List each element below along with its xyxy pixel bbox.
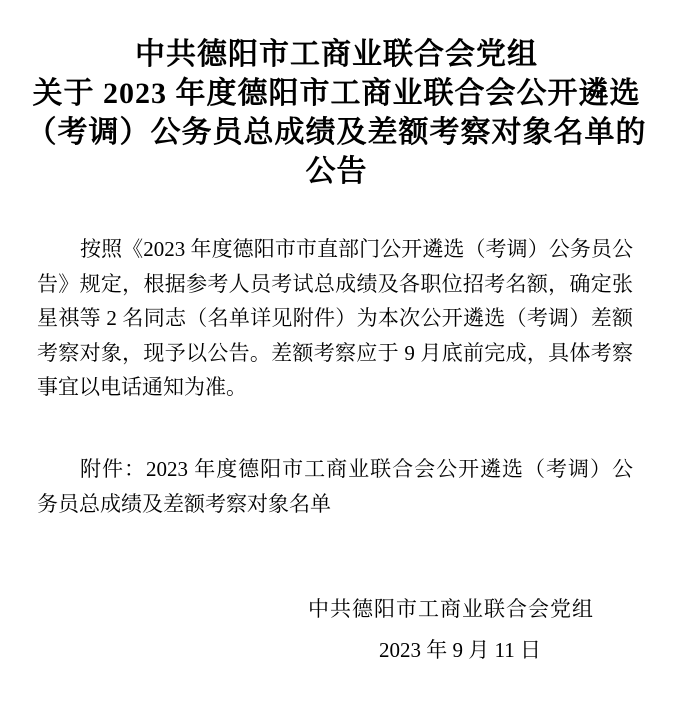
title-line-3: （考调）公务员总成绩及差额考察对象名单的 (0, 113, 673, 152)
document-title: 中共德阳市工商业联合会党组 关于 2023 年度德阳市工商业联合会公开遴选 （考… (0, 35, 673, 191)
signature-organization: 中共德阳市工商业联合会党组 (0, 589, 673, 630)
attachment-line-1: 附件：2023 年度德阳市工商业联合会公开遴选（考调）公 (37, 452, 633, 487)
signature-block: 中共德阳市工商业联合会党组 2023 年 9 月 11 日 (0, 589, 673, 671)
body-line-3: 星祺等 2 名同志（名单详见附件）为本次公开遴选（考调）差额 (37, 301, 633, 336)
body-line-5: 事宜以电话通知为准。 (37, 370, 633, 405)
attachment-paragraph: 附件：2023 年度德阳市工商业联合会公开遴选（考调）公 务员总成绩及差额考察对… (0, 452, 673, 521)
body-line-2: 告》规定，根据参考人员考试总成绩及各职位招考名额，确定张 (37, 267, 633, 302)
title-line-2: 关于 2023 年度德阳市工商业联合会公开遴选 (0, 74, 673, 113)
body-paragraph: 按照《2023 年度德阳市市直部门公开遴选（考调）公务员公 告》规定，根据参考人… (0, 232, 673, 405)
title-line-1: 中共德阳市工商业联合会党组 (0, 35, 673, 74)
body-line-4: 考察对象，现予以公告。差额考察应于 9 月底前完成，具体考察 (37, 336, 633, 371)
attachment-line-2: 务员总成绩及差额考察对象名单 (37, 487, 633, 522)
document-page: 中共德阳市工商业联合会党组 关于 2023 年度德阳市工商业联合会公开遴选 （考… (0, 0, 673, 716)
title-line-4: 公告 (0, 152, 673, 191)
body-line-1: 按照《2023 年度德阳市市直部门公开遴选（考调）公务员公 (37, 232, 633, 267)
signature-date: 2023 年 9 月 11 日 (0, 630, 673, 671)
